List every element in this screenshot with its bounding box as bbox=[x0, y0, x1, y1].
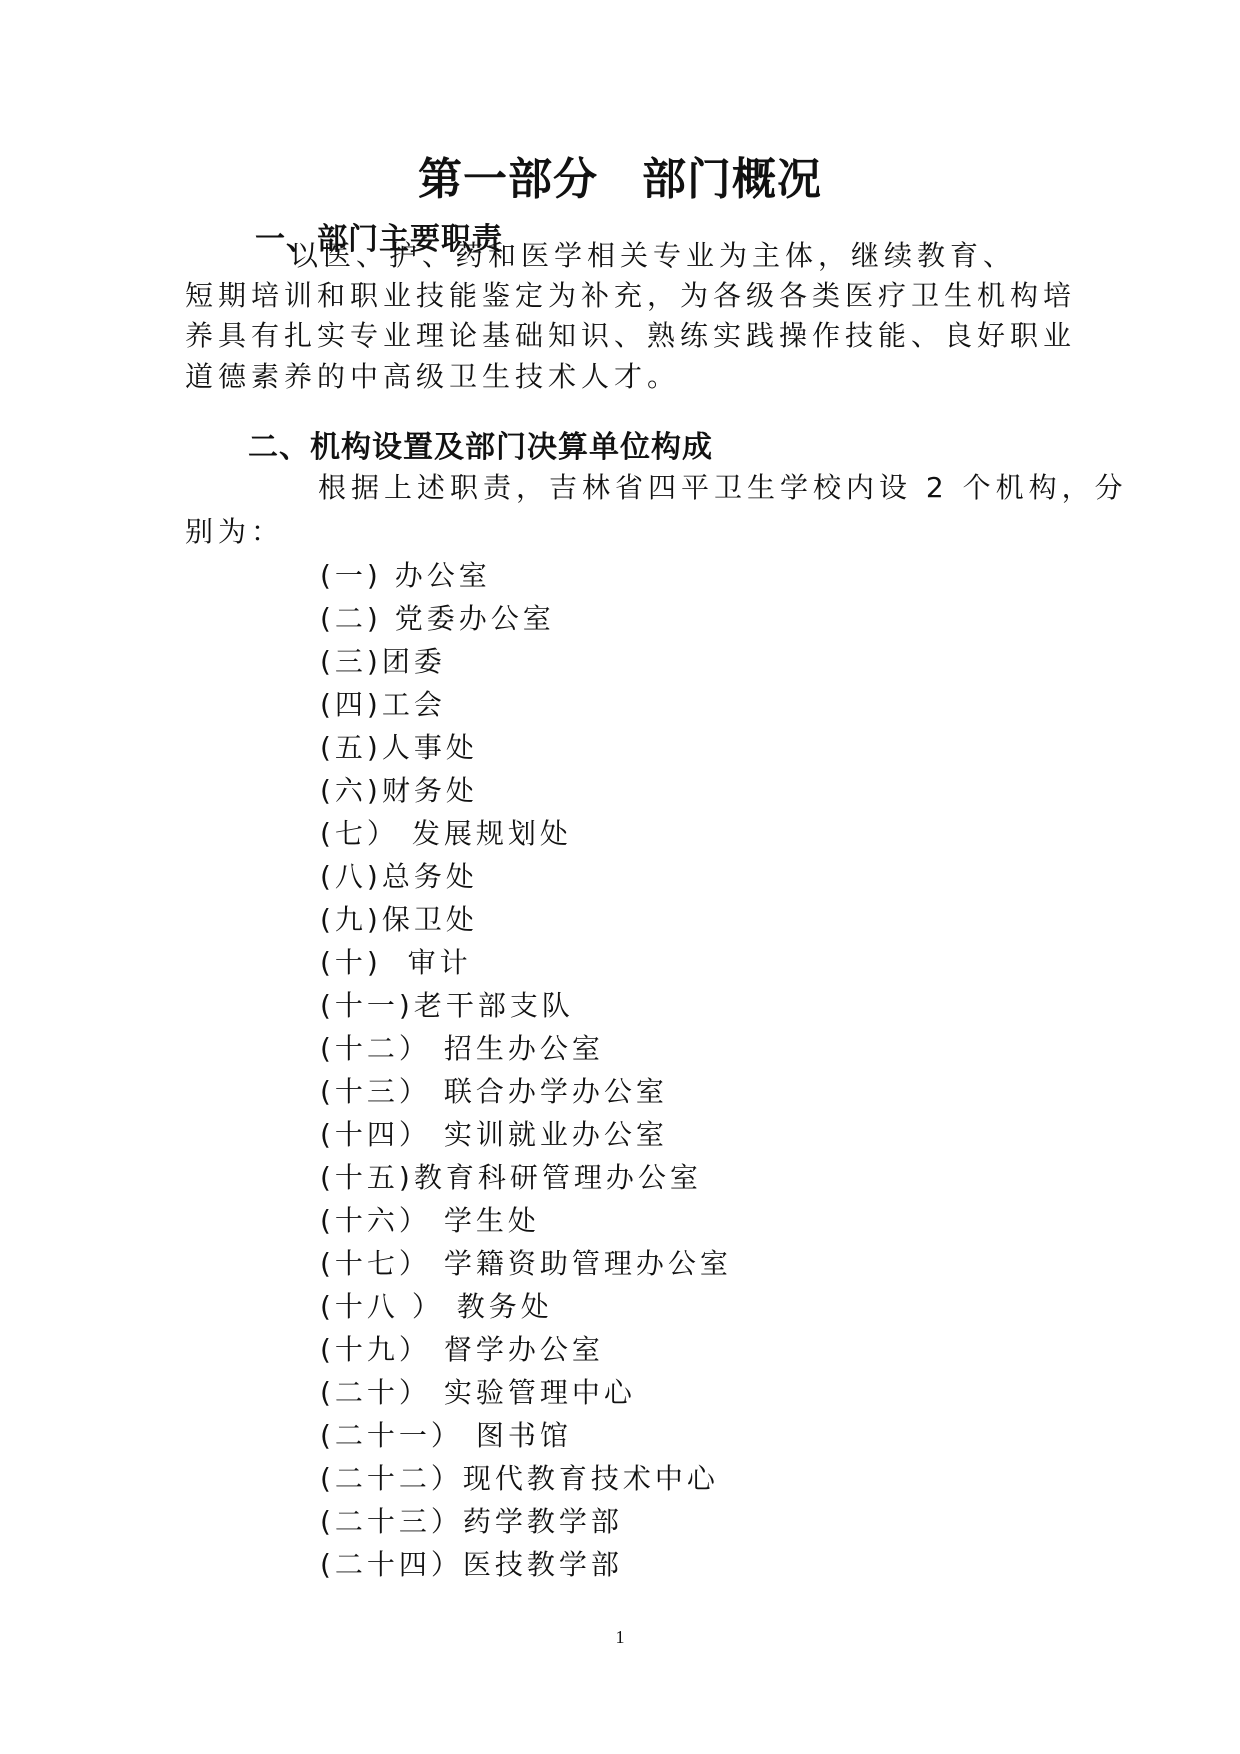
org-item-19: (十九） 督学办公室 bbox=[320, 1330, 604, 1370]
org-item-7: (七） 发展规划处 bbox=[320, 814, 572, 854]
org-item-6: (六)财务处 bbox=[320, 771, 478, 811]
org-item-1: (一) 办公室 bbox=[320, 556, 491, 596]
duties-line-1: 以医、护、药和医学相关专业为主体，继续教育、 bbox=[290, 236, 1016, 276]
org-item-2: (二) 党委办公室 bbox=[320, 599, 555, 639]
org-item-4: (四)工会 bbox=[320, 685, 446, 725]
duties-line-2: 短期培训和职业技能鉴定为补充，为各级各类医疗卫生机构培 bbox=[185, 276, 1076, 316]
structure-line-2: 别为： bbox=[185, 512, 284, 552]
org-item-17: (十七） 学籍资助管理办公室 bbox=[320, 1244, 732, 1284]
page-number: 1 bbox=[0, 1626, 1240, 1648]
org-item-5: (五)人事处 bbox=[320, 728, 478, 768]
org-item-22: (二十二）现代教育技术中心 bbox=[320, 1459, 719, 1499]
structure-line-1: 根据上述职责，吉林省四平卫生学校内设 2 个机构，分 bbox=[318, 468, 1128, 508]
document-page: 第一部分部门概况 一、部门主要职责 以医、护、药和医学相关专业为主体，继续教育、… bbox=[0, 0, 1240, 1754]
org-item-24: (二十四）医技教学部 bbox=[320, 1545, 623, 1585]
org-item-14: (十四） 实训就业办公室 bbox=[320, 1115, 668, 1155]
org-item-8: (八)总务处 bbox=[320, 857, 478, 897]
section-heading-structure: 二、机构设置及部门决算单位构成 bbox=[248, 428, 713, 468]
duties-line-3: 养具有扎实专业理论基础知识、熟练实践操作技能、良好职业 bbox=[185, 316, 1076, 356]
org-item-23: (二十三）药学教学部 bbox=[320, 1502, 623, 1542]
org-item-21: (二十一） 图书馆 bbox=[320, 1416, 572, 1456]
org-item-18: (十八 ） 教务处 bbox=[320, 1287, 553, 1327]
org-item-16: (十六） 学生处 bbox=[320, 1201, 540, 1241]
title-part: 第一部分 bbox=[418, 154, 598, 205]
org-item-13: (十三） 联合办学办公室 bbox=[320, 1072, 668, 1112]
org-item-9: (九)保卫处 bbox=[320, 900, 478, 940]
org-item-15: (十五)教育科研管理办公室 bbox=[320, 1158, 702, 1198]
page-title: 第一部分部门概况 bbox=[0, 153, 1240, 207]
org-item-12: (十二） 招生办公室 bbox=[320, 1029, 604, 1069]
org-item-20: (二十） 实验管理中心 bbox=[320, 1373, 636, 1413]
org-item-10: (十) 审计 bbox=[320, 943, 472, 983]
org-item-11: (十一)老干部支队 bbox=[320, 986, 574, 1026]
org-item-3: (三)团委 bbox=[320, 642, 446, 682]
duties-line-4: 道德素养的中高级卫生技术人才。 bbox=[185, 357, 680, 397]
title-name: 部门概况 bbox=[642, 154, 822, 205]
